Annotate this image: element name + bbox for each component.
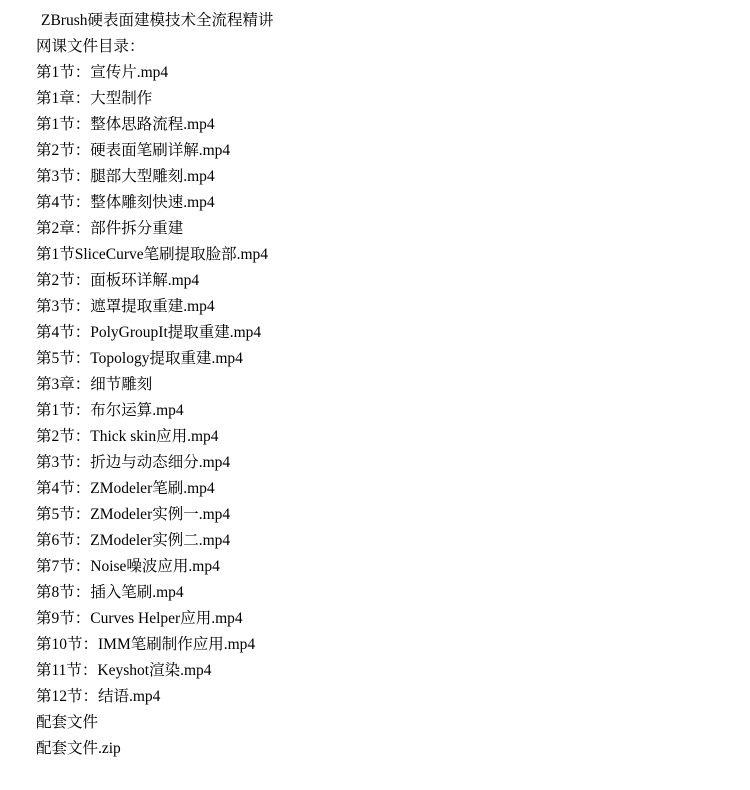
- file-entry: 第7节：Noise噪波应用.mp4: [36, 554, 736, 580]
- file-entry: 第6节：ZModeler实例二.mp4: [36, 528, 736, 554]
- file-entry: 第1节：布尔运算.mp4: [36, 398, 736, 424]
- file-entry: 第1节：整体思路流程.mp4: [36, 112, 736, 138]
- file-entry: 第2节：面板环详解.mp4: [36, 268, 736, 294]
- file-entry: 第3节：折边与动态细分.mp4: [36, 450, 736, 476]
- file-entry: 第4节：整体雕刻快速.mp4: [36, 190, 736, 216]
- file-entry: 第4节：PolyGroupIt提取重建.mp4: [36, 320, 736, 346]
- document-body: ZBrush硬表面建模技术全流程精讲 网课文件目录： 第1节：宣传片.mp4 第…: [36, 8, 736, 762]
- file-entry: 第1节SliceCurve笔刷提取脸部.mp4: [36, 242, 736, 268]
- file-entry: 第4节：ZModeler笔刷.mp4: [36, 476, 736, 502]
- section-heading: 配套文件: [36, 710, 736, 736]
- file-entry: 第12节：结语.mp4: [36, 684, 736, 710]
- file-entry: 第3节：遮罩提取重建.mp4: [36, 294, 736, 320]
- file-entry: 第2节：Thick skin应用.mp4: [36, 424, 736, 450]
- document-title: ZBrush硬表面建模技术全流程精讲: [36, 8, 736, 34]
- file-entry: 第10节：IMM笔刷制作应用.mp4: [36, 632, 736, 658]
- toc-heading: 网课文件目录：: [36, 34, 736, 60]
- file-entry: 配套文件.zip: [36, 736, 736, 762]
- chapter-heading: 第3章：细节雕刻: [36, 372, 736, 398]
- file-entry: 第2节：硬表面笔刷详解.mp4: [36, 138, 736, 164]
- file-entry: 第3节：腿部大型雕刻.mp4: [36, 164, 736, 190]
- file-entry: 第5节：Topology提取重建.mp4: [36, 346, 736, 372]
- file-entry: 第1节：宣传片.mp4: [36, 60, 736, 86]
- file-entry: 第9节：Curves Helper应用.mp4: [36, 606, 736, 632]
- chapter-heading: 第2章：部件拆分重建: [36, 216, 736, 242]
- file-entry: 第8节：插入笔刷.mp4: [36, 580, 736, 606]
- file-entry: 第11节：Keyshot渲染.mp4: [36, 658, 736, 684]
- file-entry: 第5节：ZModeler实例一.mp4: [36, 502, 736, 528]
- chapter-heading: 第1章：大型制作: [36, 86, 736, 112]
